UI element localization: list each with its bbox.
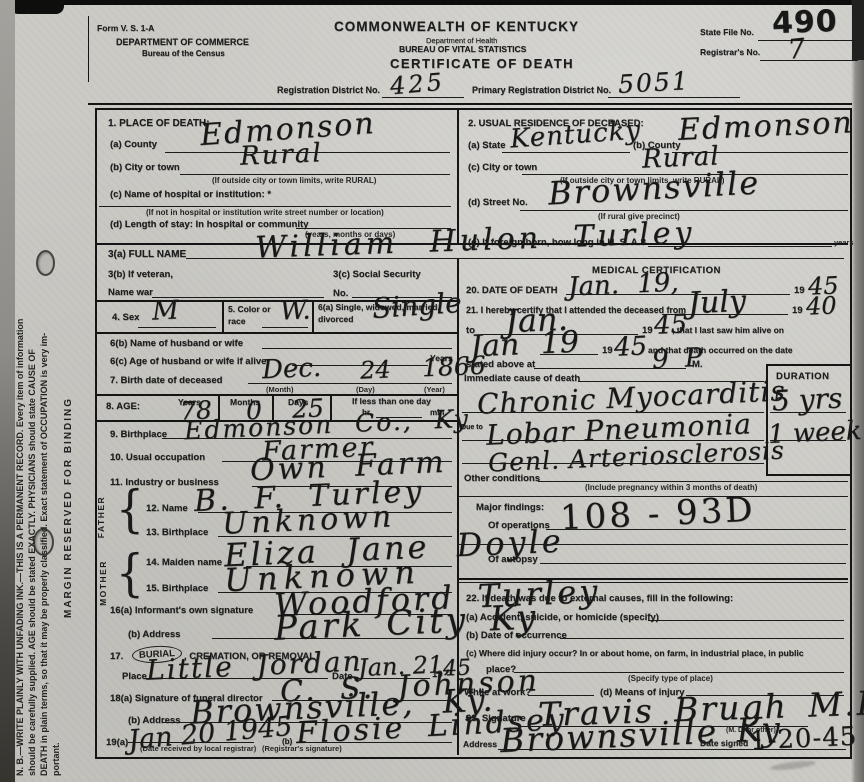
external-b-label: (b) Date of occurrence [466,631,567,641]
findings-mid-rule [458,544,848,545]
date-signed-value: 1-20-45 [749,724,857,755]
external-a-label: (a) Accident, suicide, or homicide (spec… [466,613,659,623]
registrar-signature-caption: (Registrar's signature) [262,745,342,753]
father-name-label: 12. Name [146,504,188,514]
external-c-line [514,672,844,673]
father-brace: { [116,485,144,536]
registrar-no-value: 7 [787,35,807,64]
date-of-death-label: 20. DATE OF DEATH [466,286,558,296]
date-signed-label: Date signed [700,739,748,748]
residence-state-label: (a) State [468,141,505,151]
occupation-label: 10. Usual occupation [110,453,205,463]
external-top-rule-a [458,578,848,580]
form-number: Form V. S. 1-A [97,24,154,33]
scan-top-edge [0,0,864,5]
residence-county-value: Edmonson [677,108,854,146]
received-date-caption: (Date received by local registrar) [140,745,256,753]
birth-date-label: 7. Birth date of deceased [110,376,222,386]
informant-label: 16(a) Informant's own signature [110,606,253,616]
birth-month-value: Dec. [261,355,321,384]
birth-year-caption: (Year) [424,386,445,394]
certify-from-prefix: 19 [792,306,803,316]
birthplace-label: 9. Birthplace [110,430,167,440]
primary-district-label: Primary Registration District No. [472,86,611,96]
hospital-label: (c) Name of hospital or institution: * [110,190,271,200]
ink-smudge [770,759,817,772]
external-c-label-2: place? [486,665,516,675]
primary-district-value: 5051 [617,68,690,97]
color-race-label-1: 5. Color or [228,305,271,314]
form-top-double-rule [88,103,852,105]
margin-note-line2: should be carefully supplied. AGE should… [26,8,38,776]
certify-from-value: July [687,287,746,319]
mother-maiden-label: 14. Maiden name [146,558,222,568]
commonwealth-title: COMMONWEALTH OF KENTUCKY [334,20,579,35]
sex-color-cell-divider [222,300,224,332]
certify-saw-line [540,354,598,355]
cause-line1-duration: 5 yrs [771,384,842,415]
of-operations-value: 108 - 93D [559,493,756,535]
sex-line [138,327,216,328]
duration-inner-rule-1 [770,412,846,413]
marital-value: Single [371,289,462,323]
veteran-label: 3(b) If veteran, [108,270,173,280]
scan-left-edge [0,0,15,782]
marital-label-2: divorced [318,315,353,324]
mother-brace: { [116,549,144,600]
received-num: 19(a) [106,738,128,748]
husband-age-label: 6(c) Age of husband or wife if alive [110,357,266,367]
cause-line3-rule [462,463,764,464]
department-of-commerce: DEPARTMENT OF COMMERCE [116,38,249,48]
residence-city-label: (c) City or town [468,163,537,173]
color-race-line [262,327,308,328]
registrar-no-line [760,60,858,61]
death-certificate-scan: N. B.—WRITE PLAINLY WITH UNFADING INK.—T… [0,0,864,782]
margin-binding-note: MARGIN RESERVED FOR BINDING [63,148,74,618]
state-file-no-label: State File No. [700,28,754,37]
hospital-line [99,206,451,207]
husband-wife-line [262,348,452,349]
external-c-caption: (Specify type of place) [628,675,713,683]
of-autopsy-line [540,563,846,564]
birth-day-caption: (Day) [356,386,375,394]
city-town-line [180,174,450,175]
age-label: 8. AGE: [106,402,140,412]
scan-right-top-shadow [852,0,864,60]
county-label: (a) County [110,140,157,150]
physician-address-label: Address [463,740,497,749]
row4-bottom-rule [95,332,457,334]
birth-month-caption: (Month) [266,386,293,394]
bureau-vital-statistics: BUREAU OF VITAL STATISTICS [399,45,526,54]
place-of-death-title: 1. PLACE OF DEATH: [108,118,209,129]
margin-note-line4: portant. [50,8,62,776]
color-race-value: W. [279,297,311,324]
burial-num: 17. [110,652,123,662]
due-to-label: Due to [461,424,483,432]
informant-address-label: (b) Address [128,630,180,640]
street-no-value: Brownsville [547,166,761,209]
certify-saw-value: Jan 19 [469,328,579,363]
received-date-line [128,742,254,743]
date-of-death-value: Jan. 19, [567,270,679,301]
city-town-caption: (If outside city or town limits, write R… [212,177,376,185]
external-b-line [560,638,844,639]
major-findings-label: Major findings: [476,503,544,513]
stated-above-m-label: M. [692,360,703,370]
of-operations-label: Of operations [488,521,550,531]
hospital-caption: (If not in hospital or institution write… [146,209,384,217]
stated-above-label: stated above at [466,360,535,370]
external-a-line [648,620,844,621]
city-town-label: (b) City or town [110,163,180,173]
certify-from-year: 40 [805,293,837,318]
state-file-no-value: 490 [771,7,838,39]
city-town-value: Rural [239,140,323,170]
other-conditions-label: Other conditions [464,474,540,484]
color-marital-cell-divider [312,300,314,332]
color-race-label-2: race [228,317,246,326]
mother-side-label: MOTHER [98,560,108,606]
social-security-label: 3(c) Social Security [333,270,421,280]
registration-district-value: 425 [389,70,446,99]
binding-rule [88,16,89,82]
margin-note-line3: DEATH in plain terms, so that it may be … [38,8,50,776]
immediate-cause-label: Immediate cause of death [464,374,580,384]
father-birthplace-label: 13. Birthplace [146,528,208,538]
certify-saw-prefix: 19 [602,346,613,356]
certify-line2: , that I last saw him alive on [672,326,784,335]
death-year-prefix: 19 [794,286,805,296]
father-side-label: FATHER [96,496,106,538]
bureau-of-census: Bureau of the Census [142,50,225,59]
husband-wife-label: 6(b) Name of husband or wife [110,339,243,349]
external-c-label-1: (c) Where did injury occur? In or about … [466,649,804,658]
registration-district-label: Registration District No. [277,86,380,96]
full-name-label: 3(a) FULL NAME [108,249,186,260]
sex-label: 4. Sex [112,313,139,323]
street-no-label: (d) Street No. [468,198,528,208]
external-title: 22. If death was due to external causes,… [466,594,733,604]
birth-day-value: 24 [359,357,391,382]
margin-note: N. B.—WRITE PLAINLY WITH UNFADING INK.—T… [14,8,62,776]
sex-value: M [151,297,179,324]
other-conditions-line [538,481,848,482]
registrar-no-label: Registrar's No. [700,48,760,57]
external-top-rule-b [458,582,848,583]
certify-saw-year: 45 [613,333,647,360]
mother-birthplace-label: 15. Birthplace [146,584,208,594]
name-war-label: Name war [108,288,153,298]
of-autopsy-label: Of autopsy [488,555,538,565]
while-at-work-label: While at work? [464,688,531,698]
social-security-no-label: No. [333,289,348,299]
margin-note-line1: N. B.—WRITE PLAINLY WITH UNFADING INK.—T… [14,8,26,776]
